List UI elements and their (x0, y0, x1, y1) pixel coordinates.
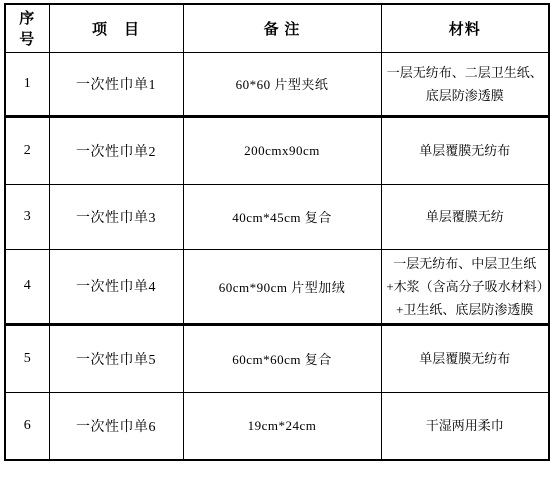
row-4-remark: 60cm*90cm 片型加绒 (183, 249, 381, 324)
row-3-item: 一次性巾单3 (49, 184, 183, 249)
table-row-5: 5 一次性巾单5 60cm*60cm 复合 单层覆膜无纺布 (5, 324, 549, 392)
table-row-3: 3 一次性巾单3 40cm*45cm 复合 单层覆膜无纺 (5, 184, 549, 249)
row-4-item: 一次性巾单4 (49, 249, 183, 324)
product-spec-table: 序 号 项 目 备 注 材料 1 一次性巾单1 60*60 片型夹纸 一层无纺布… (4, 3, 550, 461)
header-remark: 备 注 (183, 4, 381, 52)
row-6-item: 一次性巾单6 (49, 392, 183, 460)
row-6-remark: 19cm*24cm (183, 392, 381, 460)
header-row: 序 号 项 目 备 注 材料 (5, 4, 549, 52)
row-3-material: 单层覆膜无纺 (381, 184, 549, 249)
table-row-6: 6 一次性巾单6 19cm*24cm 干湿两用柔巾 (5, 392, 549, 460)
row-1-material: 一层无纺布、二层卫生纸、底层防渗透膜 (381, 52, 549, 116)
row-1-item: 一次性巾单1 (49, 52, 183, 116)
header-serial: 序 号 (5, 4, 49, 52)
row-1-remark: 60*60 片型夹纸 (183, 52, 381, 116)
row-5-material: 单层覆膜无纺布 (381, 324, 549, 392)
row-6-material: 干湿两用柔巾 (381, 392, 549, 460)
header-material: 材料 (381, 4, 549, 52)
table-row-2: 2 一次性巾单2 200cmx90cm 单层覆膜无纺布 (5, 116, 549, 184)
row-4-material: 一层无纺布、中层卫生纸+木浆（含高分子吸水材料）+卫生纸、底层防渗透膜 (381, 249, 549, 324)
document-page: 序 号 项 目 备 注 材料 1 一次性巾单1 60*60 片型夹纸 一层无纺布… (0, 0, 553, 477)
row-3-remark: 40cm*45cm 复合 (183, 184, 381, 249)
header-item: 项 目 (49, 4, 183, 52)
row-2-item: 一次性巾单2 (49, 116, 183, 184)
row-5-serial: 5 (5, 324, 49, 392)
row-2-material: 单层覆膜无纺布 (381, 116, 549, 184)
row-6-serial: 6 (5, 392, 49, 460)
row-1-serial: 1 (5, 52, 49, 116)
table-row-1: 1 一次性巾单1 60*60 片型夹纸 一层无纺布、二层卫生纸、底层防渗透膜 (5, 52, 549, 116)
row-2-serial: 2 (5, 116, 49, 184)
row-5-remark: 60cm*60cm 复合 (183, 324, 381, 392)
table-row-4: 4 一次性巾单4 60cm*90cm 片型加绒 一层无纺布、中层卫生纸+木浆（含… (5, 249, 549, 324)
row-4-serial: 4 (5, 249, 49, 324)
row-2-remark: 200cmx90cm (183, 116, 381, 184)
row-3-serial: 3 (5, 184, 49, 249)
row-5-item: 一次性巾单5 (49, 324, 183, 392)
